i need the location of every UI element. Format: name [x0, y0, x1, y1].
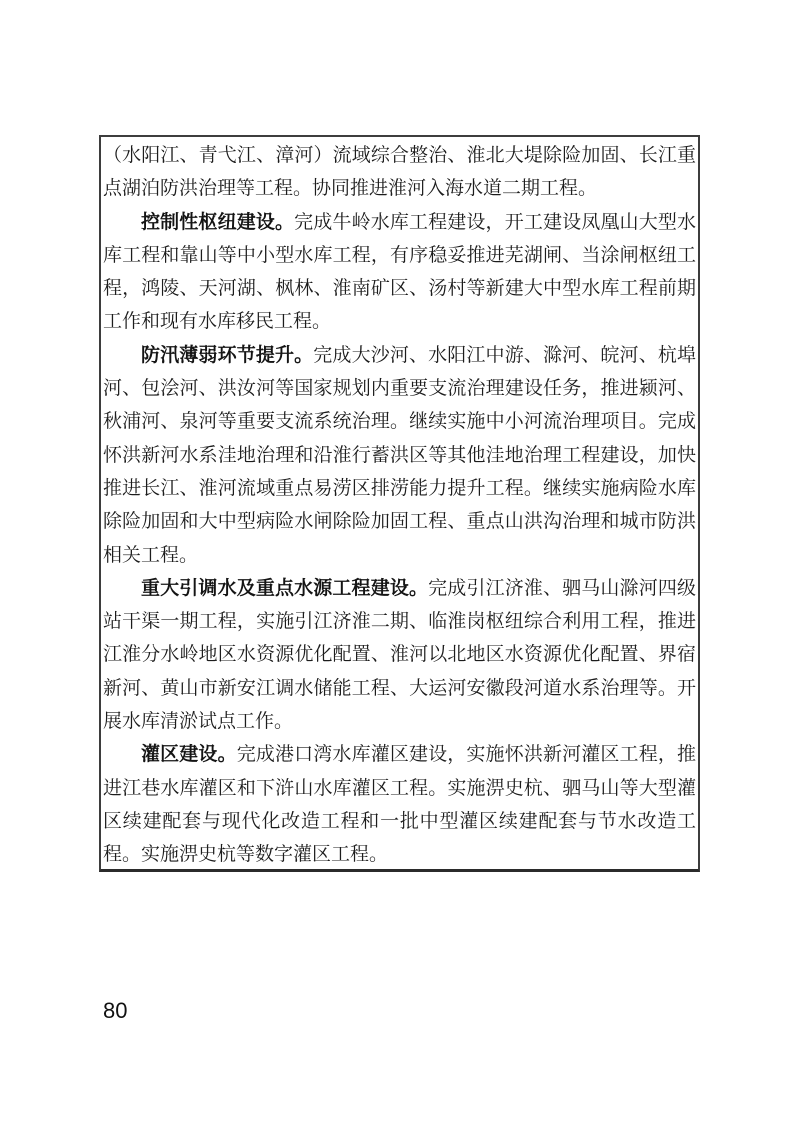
paragraph-text: 完成引江济淮、驷马山滁河四级站干渠一期工程，实施引江济淮二期、临淮岗枢纽综合利用… — [103, 578, 696, 732]
paragraph-heading: 控制性枢纽建设。 — [141, 212, 294, 233]
paragraph-heading: 防汛薄弱环节提升。 — [141, 345, 313, 366]
paragraph-irrigation-district-construction: 灌区建设。完成港口湾水库灌区建设，实施怀洪新河灌区工程，推进江巷水库灌区和下浒山… — [103, 738, 696, 871]
paragraph-water-diversion-projects: 重大引调水及重点水源工程建设。完成引江济淮、驷马山滁河四级站干渠一期工程，实施引… — [103, 572, 696, 738]
paragraph-flood-control-continuation: （水阳江、青弋江、漳河）流域综合整治、淮北大堤除险加固、长江重点湖泊防洪治理等工… — [103, 139, 696, 206]
page-number: 80 — [103, 999, 127, 1023]
paragraph-text: （水阳江、青弋江、漳河）流域综合整治、淮北大堤除险加固、长江重点湖泊防洪治理等工… — [103, 145, 696, 199]
document-page: （水阳江、青弋江、漳河）流域综合整治、淮北大堤除险加固、长江重点湖泊防洪治理等工… — [0, 0, 793, 1122]
paragraph-heading: 灌区建设。 — [141, 744, 237, 765]
paragraph-flood-weakness-improvement: 防汛薄弱环节提升。完成大沙河、水阳江中游、滁河、皖河、杭埠河、包浍河、洪汝河等国… — [103, 339, 696, 572]
paragraph-text: 完成大沙河、水阳江中游、滁河、皖河、杭埠河、包浍河、洪汝河等国家规划内重要支流治… — [103, 345, 696, 566]
paragraph-control-hub-construction: 控制性枢纽建设。完成牛岭水库工程建设，开工建设凤凰山大型水库工程和靠山等中小型水… — [103, 206, 696, 339]
paragraph-heading: 重大引调水及重点水源工程建设。 — [141, 578, 428, 599]
bordered-text-box: （水阳江、青弋江、漳河）流域综合整治、淮北大堤除险加固、长江重点湖泊防洪治理等工… — [99, 135, 700, 872]
